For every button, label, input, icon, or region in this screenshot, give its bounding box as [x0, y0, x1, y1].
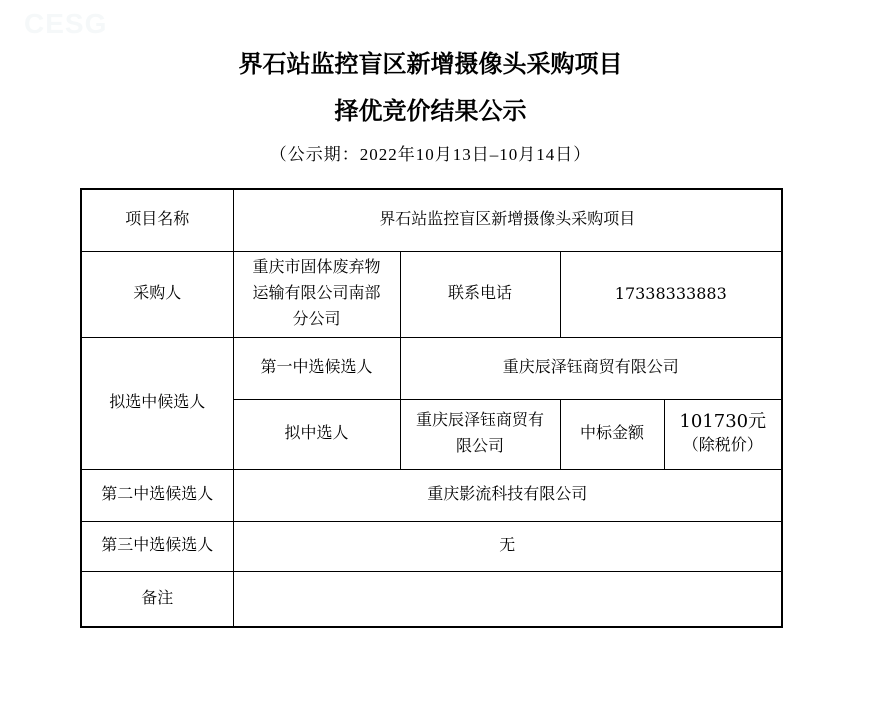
- page-title-line1: 界石站监控盲区新增摄像头采购项目: [80, 50, 781, 80]
- document-page: { "watermark": "CESG", "header": { "titl…: [0, 0, 871, 701]
- purchaser-value: 重庆市固体废弃物运输有限公司南部分公司: [233, 251, 400, 337]
- table-row-project-name: 项目名称 界石站监控盲区新增摄像头采购项目: [81, 189, 782, 251]
- bid-amount-note: （除税价）: [677, 434, 770, 458]
- contact-phone-label: 联系电话: [400, 251, 560, 337]
- proposed-winner-label: 拟中选人: [233, 399, 400, 469]
- result-table: 项目名称 界石站监控盲区新增摄像头采购项目 采购人 重庆市固体废弃物运输有限公司…: [80, 188, 783, 628]
- cesg-watermark: CESG: [24, 8, 107, 40]
- project-name-value: 界石站监控盲区新增摄像头采购项目: [233, 189, 782, 251]
- table-row-purchaser: 采购人 重庆市固体废弃物运输有限公司南部分公司 联系电话 17338333883: [81, 251, 782, 337]
- table-row-first-candidate: 拟选中候选人 第一中选候选人 重庆辰泽钰商贸有限公司: [81, 337, 782, 399]
- bid-amount-label: 中标金额: [560, 399, 664, 469]
- table-row-second-candidate: 第二中选候选人 重庆影流科技有限公司: [81, 469, 782, 521]
- publicity-period: （公示期：2022年10月13日–10月14日）: [80, 144, 781, 166]
- proposed-winner-value: 重庆辰泽钰商贸有限公司: [400, 399, 560, 469]
- proposed-candidates-label: 拟选中候选人: [81, 337, 233, 469]
- first-candidate-label: 第一中选候选人: [233, 337, 400, 399]
- second-candidate-value: 重庆影流科技有限公司: [233, 469, 782, 521]
- bid-amount-value: 101730元 （除税价）: [664, 399, 782, 469]
- page-title-line2: 择优竞价结果公示: [80, 97, 781, 127]
- remarks-label: 备注: [81, 571, 233, 627]
- remarks-value: [233, 571, 782, 627]
- table-row-third-candidate: 第三中选候选人 无: [81, 521, 782, 571]
- table-row-remarks: 备注: [81, 571, 782, 627]
- first-candidate-value: 重庆辰泽钰商贸有限公司: [400, 337, 782, 399]
- contact-phone-value: 17338333883: [560, 251, 782, 337]
- project-name-label: 项目名称: [81, 189, 233, 251]
- third-candidate-value: 无: [233, 521, 782, 571]
- bid-amount-number: 101730元: [677, 410, 770, 434]
- third-candidate-label: 第三中选候选人: [81, 521, 233, 571]
- second-candidate-label: 第二中选候选人: [81, 469, 233, 521]
- purchaser-label: 采购人: [81, 251, 233, 337]
